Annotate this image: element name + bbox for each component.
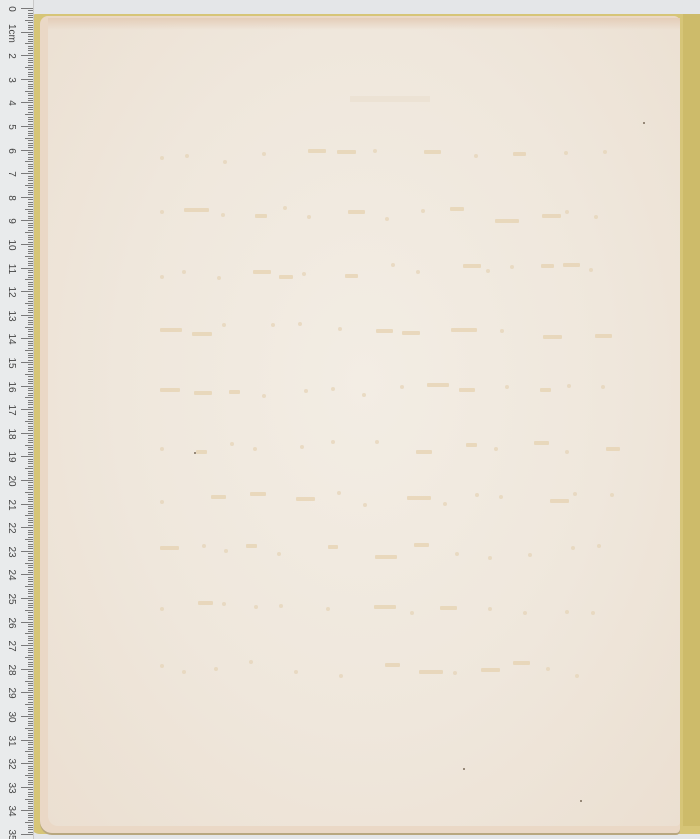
bleed-through-mark — [375, 440, 379, 444]
ruler-tick — [28, 166, 33, 167]
ruler-tick — [28, 452, 33, 453]
ruler-tick — [28, 638, 33, 639]
ruler-tick — [28, 756, 33, 757]
ruler-tick — [28, 782, 33, 783]
ruler-tick — [28, 239, 33, 240]
ruler-tick — [28, 648, 33, 649]
ruler-tick — [28, 50, 33, 51]
ruler-tick — [28, 532, 33, 533]
paper-speck — [463, 768, 465, 770]
ruler-tick — [28, 171, 33, 172]
ruler-tick — [28, 624, 33, 625]
ruler-tick — [28, 53, 33, 54]
ruler-tick — [28, 702, 33, 703]
ruler-tick — [28, 74, 33, 75]
ruler-tick — [28, 100, 33, 101]
ruler-mark-label: 21 — [6, 496, 16, 514]
ruler-tick — [28, 758, 33, 759]
ruler-tick — [21, 645, 33, 646]
ruler-tick — [21, 197, 33, 198]
ruler-tick — [28, 25, 33, 26]
ruler-mark-label: 32 — [6, 755, 16, 773]
ruler-tick — [28, 84, 33, 85]
ruler-tick — [21, 338, 33, 339]
ruler-tick — [28, 603, 33, 604]
ruler-tick — [28, 678, 33, 679]
ruler-tick — [21, 386, 33, 387]
ruler-tick — [28, 48, 33, 49]
bleed-through-mark — [214, 667, 218, 671]
ruler-tick — [28, 65, 33, 66]
centimeter-ruler: 01cm234567891011121314151617181920212223… — [0, 0, 34, 839]
ruler-tick — [28, 558, 33, 559]
ruler-mark-label: 0 — [6, 0, 16, 18]
ruler-tick — [28, 699, 33, 700]
ruler-tick — [28, 570, 33, 571]
bleed-through-mark — [451, 328, 476, 332]
ruler-tick — [21, 787, 33, 788]
ruler-tick — [21, 409, 33, 410]
ruler-tick — [25, 161, 33, 162]
ruler-tick — [28, 223, 33, 224]
ruler-tick — [28, 643, 33, 644]
bleed-through-mark — [308, 149, 326, 153]
bleed-through-mark — [246, 544, 257, 548]
bleed-through-mark — [455, 552, 459, 556]
ruler-tick — [28, 636, 33, 637]
ruler-tick — [28, 353, 33, 354]
ruler-tick — [28, 270, 33, 271]
ruler-tick — [28, 322, 33, 323]
ruler-tick — [28, 98, 33, 99]
ruler-tick — [28, 404, 33, 405]
ruler-tick — [28, 412, 33, 413]
bleed-through-mark — [160, 156, 164, 160]
ruler-tick — [28, 518, 33, 519]
ruler-tick — [28, 305, 33, 306]
ruler-tick — [28, 697, 33, 698]
bleed-through-mark — [463, 264, 481, 268]
ruler-tick — [21, 527, 33, 528]
ruler-tick — [28, 784, 33, 785]
ruler-tick — [28, 471, 33, 472]
board-right-edge — [683, 14, 700, 826]
ruler-tick — [28, 652, 33, 653]
ruler-tick — [28, 655, 33, 656]
ruler-tick — [28, 825, 33, 826]
ruler-mark-label: 23 — [6, 543, 16, 561]
ruler-tick — [28, 584, 33, 585]
ruler-tick — [28, 275, 33, 276]
ruler-tick — [25, 20, 33, 21]
ruler-tick — [25, 138, 33, 139]
ruler-tick — [28, 58, 33, 59]
ruler-tick — [28, 556, 33, 557]
ruler-tick — [21, 598, 33, 599]
ruler-tick — [28, 183, 33, 184]
bleed-through-mark — [495, 219, 520, 223]
ruler-tick — [28, 310, 33, 311]
bleed-through-mark — [440, 606, 457, 610]
bleed-through-mark — [459, 388, 475, 392]
bleed-through-mark — [376, 329, 393, 333]
ruler-tick — [25, 327, 33, 328]
ruler-tick — [28, 449, 33, 450]
ruler-tick — [28, 211, 33, 212]
ruler-tick — [28, 593, 33, 594]
ruler-tick — [25, 610, 33, 611]
ruler-tick — [28, 801, 33, 802]
ruler-tick — [28, 707, 33, 708]
ruler-tick — [28, 88, 33, 89]
ruler-tick — [21, 504, 33, 505]
ruler-tick — [28, 112, 33, 113]
bleed-through-mark — [160, 328, 182, 332]
bleed-through-mark — [160, 664, 164, 668]
ruler-tick — [25, 209, 33, 210]
ruler-tick — [28, 414, 33, 415]
ruler-tick — [28, 390, 33, 391]
ruler-tick — [25, 468, 33, 469]
ruler-tick — [25, 799, 33, 800]
ruler-tick — [21, 834, 33, 835]
ruler-mark-label: 19 — [6, 448, 16, 466]
ruler-tick — [28, 46, 33, 47]
ruler-tick — [28, 133, 33, 134]
ruler-tick — [28, 709, 33, 710]
ruler-tick — [25, 539, 33, 540]
ruler-mark-label: 10 — [6, 236, 16, 254]
ruler-tick — [28, 511, 33, 512]
page-top-shadow — [48, 18, 680, 30]
ruler-tick — [28, 369, 33, 370]
ruler-tick — [28, 334, 33, 335]
ruler-tick — [25, 492, 33, 493]
ruler-tick — [28, 187, 33, 188]
ruler-mark-label: 15 — [6, 354, 16, 372]
ruler-tick — [28, 721, 33, 722]
ruler-tick — [28, 62, 33, 63]
ruler-tick — [28, 393, 33, 394]
bleed-through-mark — [328, 545, 338, 549]
ruler-tick — [28, 298, 33, 299]
ruler-mark-label: 11 — [6, 260, 16, 278]
ruler-tick — [28, 640, 33, 641]
ruler-tick — [28, 789, 33, 790]
ruler-tick — [21, 291, 33, 292]
ruler-tick — [28, 494, 33, 495]
ruler-tick — [25, 421, 33, 422]
ruler-tick — [25, 91, 33, 92]
ruler-mark-label: 17 — [6, 401, 16, 419]
ruler-mark-label: 30 — [6, 708, 16, 726]
ruler-tick — [28, 796, 33, 797]
ruler-mark-label: 14 — [6, 330, 16, 348]
bleed-through-mark — [419, 670, 443, 674]
ruler-mark-label: 9 — [6, 212, 16, 230]
ruler-tick — [28, 10, 33, 11]
ruler-tick — [28, 379, 33, 380]
bleed-through-mark — [345, 274, 359, 278]
ruler-tick — [28, 674, 33, 675]
ruler-tick — [28, 312, 33, 313]
ruler-tick — [28, 157, 33, 158]
ruler-tick — [28, 546, 33, 547]
ruler-tick — [21, 763, 33, 764]
ruler-tick — [28, 242, 33, 243]
ruler-tick — [28, 395, 33, 396]
ruler-tick — [28, 832, 33, 833]
ruler-tick — [28, 277, 33, 278]
ruler-tick — [28, 478, 33, 479]
ruler-tick — [28, 119, 33, 120]
ruler-tick — [28, 282, 33, 283]
ruler-tick — [28, 806, 33, 807]
ruler-tick — [25, 751, 33, 752]
ruler-tick — [28, 813, 33, 814]
ruler-tick — [28, 107, 33, 108]
ruler-mark-label: 16 — [6, 378, 16, 396]
bleed-through-mark — [540, 388, 551, 392]
ruler-tick — [28, 664, 33, 665]
ruler-tick — [21, 244, 33, 245]
ruler-tick — [28, 388, 33, 389]
ruler-tick — [28, 39, 33, 40]
ruler-tick — [28, 124, 33, 125]
ruler-tick — [28, 364, 33, 365]
ruler-tick — [21, 8, 33, 9]
ruler-tick — [28, 22, 33, 23]
ruler-tick — [28, 815, 33, 816]
ruler-tick — [28, 190, 33, 191]
ruler-tick — [21, 315, 33, 316]
ruler-tick — [28, 289, 33, 290]
bleed-through-mark — [424, 150, 441, 154]
ruler-tick — [28, 159, 33, 160]
ruler-tick — [28, 423, 33, 424]
ruler-tick — [21, 79, 33, 80]
ruler-mark-label: 6 — [6, 142, 16, 160]
bleed-through-mark — [279, 275, 293, 279]
ruler-tick — [21, 810, 33, 811]
ruler-tick — [21, 268, 33, 269]
bleed-through-mark — [450, 207, 464, 211]
bleed-through-mark — [363, 503, 367, 507]
ruler-tick — [28, 817, 33, 818]
ruler-mark-label: 22 — [6, 519, 16, 537]
bleed-through-mark — [331, 440, 335, 444]
ruler-tick — [28, 827, 33, 828]
ruler-tick — [28, 770, 33, 771]
bleed-through-mark — [606, 447, 620, 451]
bleed-through-mark — [194, 391, 212, 395]
ruler-mark-label: 20 — [6, 472, 16, 490]
bleed-through-mark — [550, 499, 569, 503]
ruler-tick — [28, 360, 33, 361]
bleed-through-mark — [300, 445, 304, 449]
bleed-through-mark — [589, 268, 593, 272]
bleed-through-mark — [597, 544, 601, 548]
ruler-mark-label: 12 — [6, 283, 16, 301]
ruler-tick — [28, 683, 33, 684]
ruler-tick — [28, 463, 33, 464]
ruler-tick — [28, 371, 33, 372]
ruler-tick — [28, 178, 33, 179]
ruler-tick — [28, 249, 33, 250]
ruler-tick — [28, 263, 33, 264]
ruler-tick — [28, 145, 33, 146]
ruler-tick — [28, 794, 33, 795]
paper-speck — [194, 452, 196, 454]
ruler-tick — [21, 55, 33, 56]
ruler-tick — [28, 227, 33, 228]
ruler-tick — [28, 109, 33, 110]
ruler-tick — [28, 286, 33, 287]
ruler-tick — [28, 272, 33, 273]
ruler-tick — [28, 253, 33, 254]
ruler-tick — [28, 485, 33, 486]
ruler-tick — [28, 381, 33, 382]
ruler-tick — [28, 128, 33, 129]
bleed-through-mark — [385, 663, 400, 667]
bleed-through-mark — [184, 208, 208, 212]
ruler-tick — [28, 294, 33, 295]
ruler-tick — [28, 508, 33, 509]
ruler-tick — [28, 86, 33, 87]
bleed-through-mark — [603, 150, 607, 154]
bleed-through-mark — [375, 555, 397, 559]
bleed-through-mark — [528, 553, 532, 557]
ruler-tick — [25, 633, 33, 634]
ruler-tick — [25, 445, 33, 446]
ruler-tick — [28, 777, 33, 778]
ruler-tick — [28, 308, 33, 309]
ruler-tick — [28, 95, 33, 96]
ruler-tick — [28, 475, 33, 476]
ruler-tick — [28, 619, 33, 620]
paper-speck — [580, 800, 582, 802]
ruler-tick — [28, 419, 33, 420]
ruler-tick — [28, 265, 33, 266]
ruler-tick — [28, 199, 33, 200]
ruler-tick — [28, 69, 33, 70]
ruler-tick — [28, 718, 33, 719]
ruler-tick — [21, 32, 33, 33]
ruler-tick — [28, 773, 33, 774]
ruler-tick — [28, 435, 33, 436]
ruler-tick — [28, 317, 33, 318]
ruler-tick — [21, 173, 33, 174]
ruler-tick — [28, 737, 33, 738]
ruler-tick — [21, 433, 33, 434]
ruler-tick — [28, 218, 33, 219]
ruler-tick — [28, 617, 33, 618]
ruler-tick — [28, 747, 33, 748]
ruler-mark-label: 31 — [6, 732, 16, 750]
bleed-through-mark — [374, 605, 396, 609]
bleed-through-mark — [250, 492, 266, 496]
ruler-mark-label: 8 — [6, 189, 16, 207]
ruler-tick — [28, 192, 33, 193]
bleed-through-mark — [541, 264, 554, 268]
bleed-through-mark — [416, 450, 432, 454]
ruler-tick — [25, 681, 33, 682]
ruler-tick — [28, 803, 33, 804]
bleed-through-mark — [594, 215, 598, 219]
ruler-tick — [21, 362, 33, 363]
bleed-through-mark — [253, 447, 257, 451]
ruler-tick — [28, 348, 33, 349]
ruler-tick — [28, 402, 33, 403]
ruler-mark-label: 26 — [6, 614, 16, 632]
ruler-tick — [28, 376, 33, 377]
ruler-tick — [28, 36, 33, 37]
bleed-through-mark — [307, 215, 311, 219]
header-bleed-through — [350, 96, 430, 102]
ruler-tick — [28, 768, 33, 769]
ruler-tick — [28, 329, 33, 330]
bleed-through-mark — [414, 543, 429, 547]
ruler-tick — [28, 553, 33, 554]
bleed-through-mark — [160, 210, 164, 214]
ruler-tick — [25, 256, 33, 257]
ruler-tick — [28, 565, 33, 566]
ruler-tick — [28, 204, 33, 205]
ruler-tick — [28, 296, 33, 297]
ruler-tick — [21, 716, 33, 717]
ruler-mark-label: 5 — [6, 118, 16, 136]
ruler-tick — [28, 544, 33, 545]
ruler-tick — [28, 749, 33, 750]
bleed-through-mark — [563, 263, 579, 267]
ruler-tick — [28, 690, 33, 691]
ruler-tick — [28, 650, 33, 651]
ruler-tick — [28, 459, 33, 460]
ruler-tick — [28, 93, 33, 94]
ruler-mark-label: 25 — [6, 590, 16, 608]
ruler-tick — [28, 577, 33, 578]
bleed-through-mark — [262, 394, 266, 398]
bleed-through-mark — [595, 334, 612, 338]
ruler-tick — [28, 567, 33, 568]
ruler-tick — [28, 695, 33, 696]
ruler-tick — [28, 572, 33, 573]
bleed-through-mark — [255, 214, 267, 218]
ruler-tick — [21, 669, 33, 670]
ruler-mark-label: 18 — [6, 425, 16, 443]
ruler-tick — [28, 659, 33, 660]
ruler-tick — [25, 563, 33, 564]
ruler-tick — [28, 792, 33, 793]
bleed-through-mark — [326, 607, 330, 611]
ruler-tick — [28, 688, 33, 689]
bleed-through-mark — [229, 390, 240, 394]
ruler-tick — [21, 150, 33, 151]
ruler-tick — [28, 520, 33, 521]
ruler-tick — [28, 230, 33, 231]
ruler-tick — [28, 579, 33, 580]
bleed-through-mark — [416, 270, 420, 274]
ruler-mark-label: 28 — [6, 661, 16, 679]
ruler-tick — [28, 730, 33, 731]
ruler-tick — [28, 723, 33, 724]
ruler-tick — [28, 612, 33, 613]
ruler-tick — [28, 466, 33, 467]
bleed-through-mark — [160, 500, 164, 504]
ruler-tick — [21, 102, 33, 103]
bleed-through-mark — [543, 335, 562, 339]
ruler-tick — [28, 560, 33, 561]
